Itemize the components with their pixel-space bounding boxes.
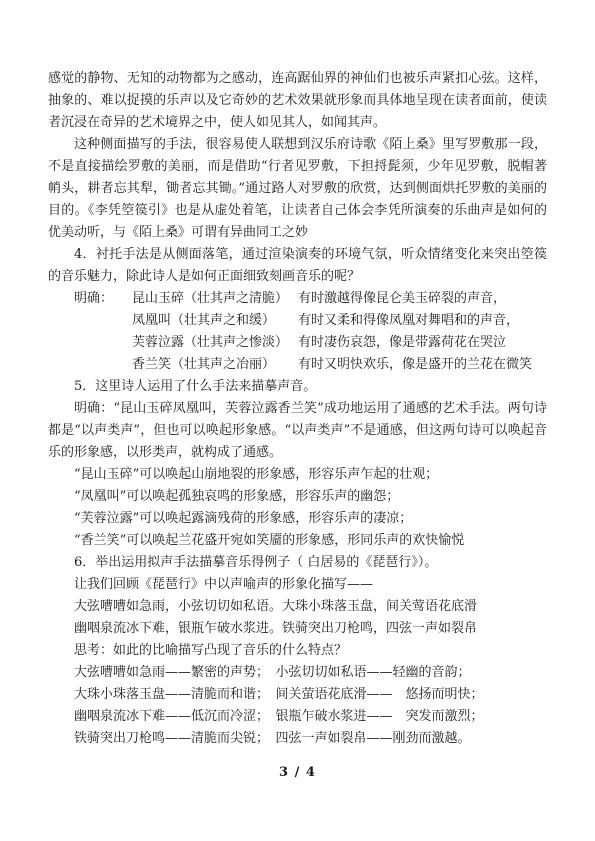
- mingque-row: 明确： 昆山玉碎（壮其声之清脆） 有时激越得像昆仑美玉碎裂的声音，: [48, 288, 547, 310]
- mingque-label: 明确：: [74, 288, 132, 310]
- question-4: 4．衬托手法是从侧面落笔，通过渲染演奏的环境气氛，听众情绪变化来突出箜篌的音乐魅…: [48, 244, 547, 288]
- example-fenghuang: “凤凰叫”可以唤起孤独哀鸣的形象感，形容乐声的幽怨；: [48, 486, 547, 508]
- pipaxing-poem-line-1: 大弦嘈嘈如急雨，小弦切切如私语。大珠小珠落玉盘，间关莺语花底滑: [48, 596, 547, 618]
- question-5: 5．这里诗人运用了什么手法来描摹声音。: [48, 376, 547, 398]
- answer-5: 明确：“昆山玉碎凤凰叫，芙蓉泣露香兰笑”成功地运用了通感的艺术手法。两句诗都是“…: [48, 398, 547, 464]
- thinking-prompt: 思考：如此的比喻描写凸现了音乐的什么特点？: [48, 640, 547, 662]
- mingque-row-right: 有时又明快欢乐，像是盛开的兰花在微笑: [298, 354, 547, 376]
- analysis-line-3: 幽咽泉流冰下难——低沉而冷涩； 银瓶乍破水浆进—— 突发而激烈；: [48, 706, 547, 728]
- mingque-row-right: 有时激越得像昆仑美玉碎裂的声音，: [298, 288, 547, 310]
- question-6: 6．举出运用拟声手法描摹音乐得例子（ 白居易的《琵琶行》）。: [48, 552, 547, 574]
- document-page: 感觉的静物、无知的动物都为之感动，连高踞仙界的神仙们也被乐声紧扣心弦。这样，抽象…: [0, 0, 595, 841]
- example-furong: “芙蓉泣露”可以唤起露滴残荷的形象感，形容乐声的凄凉；: [48, 508, 547, 530]
- mingque-row: 凤凰叫（壮其声之和缓） 有时又柔和得像凤凰对舞唱和的声音，: [48, 310, 547, 332]
- body-paragraph-continuation: 感觉的静物、无知的动物都为之感动，连高踞仙界的神仙们也被乐声紧扣心弦。这样，抽象…: [48, 68, 547, 134]
- mingque-row-left: 凤凰叫（壮其声之和缓）: [132, 310, 298, 332]
- mingque-row-left: 芙蓉泣露（壮其声之惨淡）: [132, 332, 298, 354]
- mingque-label-spacer: [74, 332, 132, 354]
- analysis-line-1: 大弦嘈嘈如急雨——繁密的声势； 小弦切切如私语——轻幽的音韵；: [48, 662, 547, 684]
- analysis-line-2: 大珠小珠落玉盘——清脆而和谐； 间关萤语花底滑—— 悠扬而明快；: [48, 684, 547, 706]
- mingque-answer-table: 明确： 昆山玉碎（壮其声之清脆） 有时激越得像昆仑美玉碎裂的声音， 凤凰叫（壮其…: [48, 288, 547, 376]
- pipaxing-intro: 让我们回顾《琵琶行》中以声喻声的形象化描写——: [48, 574, 547, 596]
- example-kunshan: “昆山玉碎”可以唤起山崩地裂的形象感，形容乐声乍起的壮观；: [48, 464, 547, 486]
- mingque-row: 香兰笑（壮其声之冶丽） 有时又明快欢乐，像是盛开的兰花在微笑: [48, 354, 547, 376]
- example-xianglan: “香兰笑”可以唤起兰花盛开宛如笑靥的形象感，形同乐声的欢快愉悦: [48, 530, 547, 552]
- mingque-row-left: 香兰笑（壮其声之冶丽）: [132, 354, 298, 376]
- mingque-row-right: 有时又柔和得像凤凰对舞唱和的声音，: [298, 310, 547, 332]
- body-paragraph-side-description: 这种侧面描写的手法，很容易使人联想到汉乐府诗歌《陌上桑》里写罗敷那一段，不是直接…: [48, 134, 547, 244]
- page-number: 3 / 4: [48, 762, 547, 784]
- mingque-row-right: 有时凄伤哀怨，像是带露荷花在哭泣: [298, 332, 547, 354]
- pipaxing-poem-line-2: 幽咽泉流冰下难，银瓶乍破水浆进。铁骑突出刀枪鸣，四弦一声如裂帛: [48, 618, 547, 640]
- mingque-row-left: 昆山玉碎（壮其声之清脆）: [132, 288, 298, 310]
- mingque-label-spacer: [74, 354, 132, 376]
- analysis-line-4: 铁骑突出刀枪鸣——清脆而尖锐； 四弦一声如裂帛——刚劲而激越。: [48, 728, 547, 750]
- mingque-label-spacer: [74, 310, 132, 332]
- mingque-row: 芙蓉泣露（壮其声之惨淡） 有时凄伤哀怨，像是带露荷花在哭泣: [48, 332, 547, 354]
